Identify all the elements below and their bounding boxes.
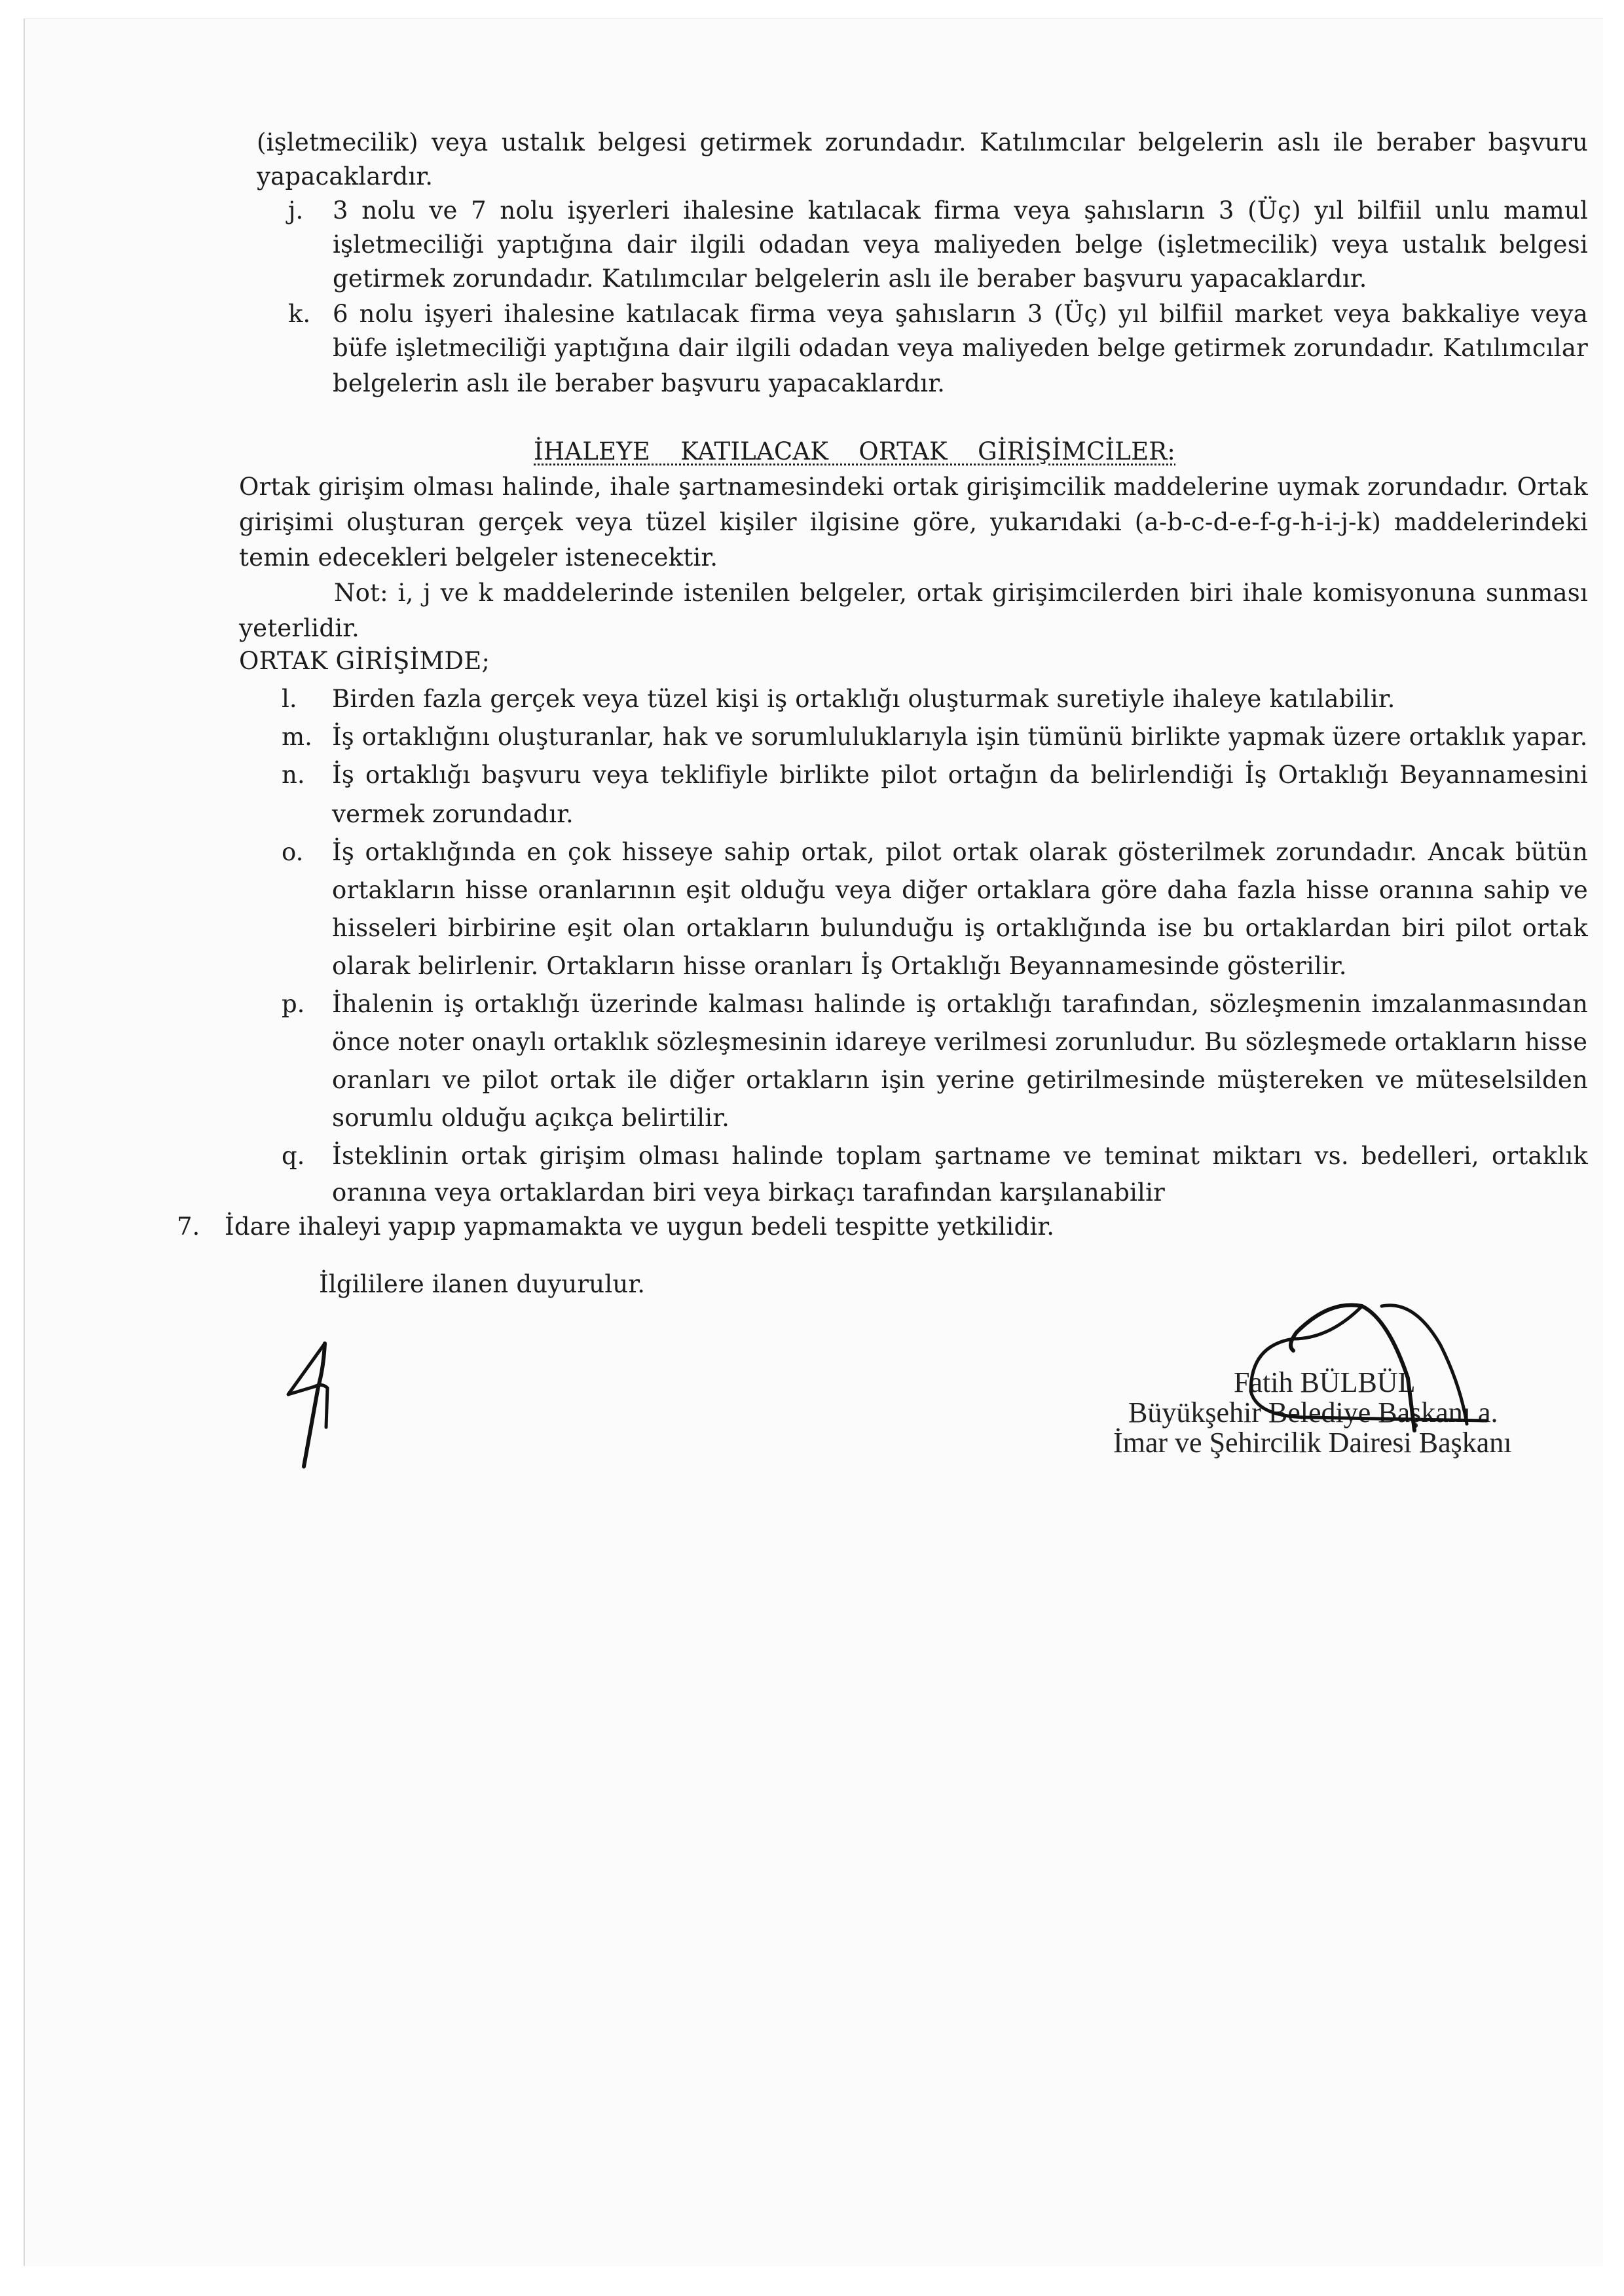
item-k-line-3: belgelerin aslı ile beraber başvuru yapa… <box>333 369 945 398</box>
item-q-line-2: oranına veya ortaklardan biri veya birka… <box>332 1178 1165 1207</box>
item-q-line-1: İsteklinin ortak girişim olması halinde … <box>332 1142 1588 1171</box>
note-line-1: Not: i, j ve k maddelerinde istenilen be… <box>334 579 1588 608</box>
item-j-line-1: 3 nolu ve 7 nolu işyerleri ihalesine kat… <box>333 196 1588 225</box>
intro-line-2: girişimi oluşturan gerçek veya tüzel kiş… <box>239 508 1588 537</box>
item-m-label: m. <box>282 723 312 752</box>
item-p-line-3: oranları ve pilot ortak ile diğer ortakl… <box>332 1066 1588 1095</box>
closing-line: İlgililere ilanen duyurulur. <box>319 1270 645 1299</box>
item-p-label: p. <box>282 990 304 1019</box>
handwritten-initials-icon <box>282 1336 360 1480</box>
item-j-label: j. <box>288 196 303 225</box>
item-k-line-2: büfe işletmeciliği yaptığına dair ilgili… <box>333 334 1588 363</box>
item-j-line-3: getirmek zorundadır. Katılımcılar belgel… <box>333 264 1367 293</box>
item-l-line-1: Birden fazla gerçek veya tüzel kişi iş o… <box>332 685 1395 714</box>
note-line-2: yeterlidir. <box>239 614 360 643</box>
item-o-line-3: hisseleri birbirine eşit olan ortakların… <box>332 914 1588 943</box>
continuation-line-2: yapacaklardır. <box>257 162 433 191</box>
item-o-line-2: ortakların hisse oranlarının eşit olduğu… <box>332 876 1588 905</box>
handwritten-signature-icon <box>1231 1293 1506 1444</box>
item-7-text: İdare ihaleyi yapıp yapmamakta ve uygun … <box>225 1212 1054 1241</box>
intro-line-1: Ortak girişim olması halinde, ihale şart… <box>239 473 1588 501</box>
continuation-line-1: (işletmecilik) veya ustalık belgesi geti… <box>257 128 1588 157</box>
item-p-line-1: İhalenin iş ortaklığı üzerinde kalması h… <box>332 990 1588 1019</box>
item-k-label: k. <box>288 300 310 329</box>
item-7-label: 7. <box>177 1212 200 1241</box>
item-n-line-1: İş ortaklığı başvuru veya teklifiyle bir… <box>332 761 1588 790</box>
joint-subheading: ORTAK GİRİŞİMDE; <box>239 647 490 676</box>
item-o-line-4: olarak belirlenir. Ortakların hisse oran… <box>332 952 1347 981</box>
item-o-line-1: İş ortaklığında en çok hisseye sahip ort… <box>332 838 1588 867</box>
item-p-line-2: önce noter onaylı ortaklık sözleşmesinin… <box>332 1028 1587 1057</box>
item-p-line-4: sorumlu olduğu açıkça belirtilir. <box>332 1104 729 1133</box>
item-q-label: q. <box>282 1142 304 1171</box>
intro-line-3: temin edecekleri belgeler istenecektir. <box>239 543 718 572</box>
item-o-label: o. <box>282 838 303 867</box>
item-n-label: n. <box>282 761 305 790</box>
item-l-label: l. <box>282 685 297 714</box>
item-n-line-2: vermek zorundadır. <box>332 800 574 829</box>
item-m-line-1: İş ortaklığını oluşturanlar, hak ve soru… <box>332 723 1588 752</box>
item-j-line-2: işletmeciliği yaptığına dair ilgili odad… <box>333 230 1588 259</box>
section-heading: İHALEYE KATILACAK ORTAK GİRİŞİMCİLER: <box>534 437 1175 466</box>
item-k-line-1: 6 nolu işyeri ihalesine katılacak firma … <box>333 300 1588 329</box>
